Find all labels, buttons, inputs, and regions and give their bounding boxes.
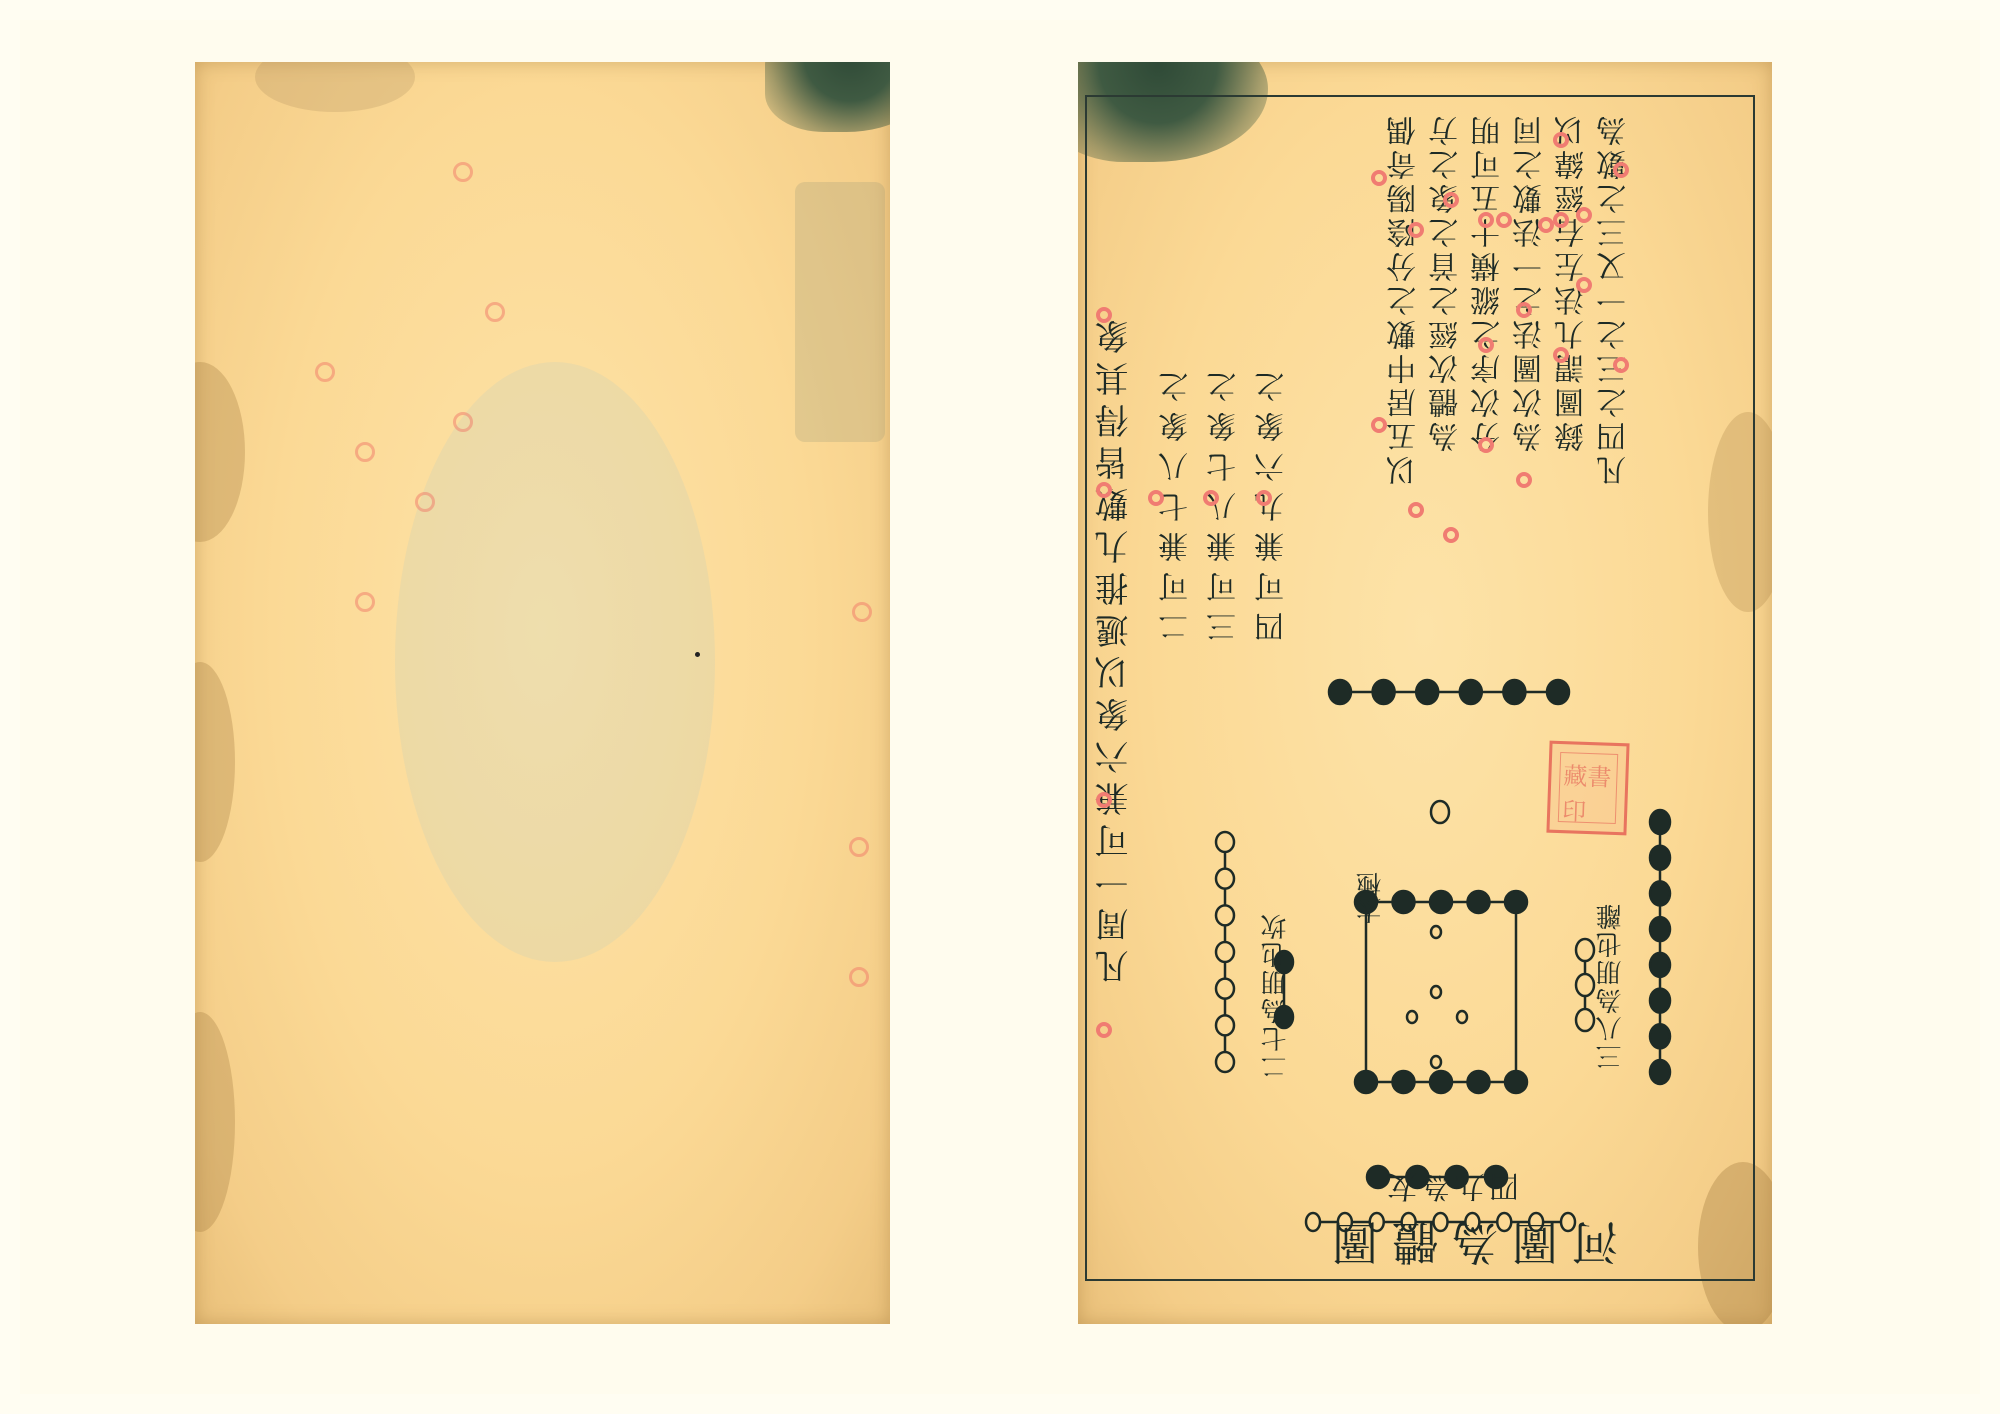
li-label: 三八為朋也離 bbox=[1598, 902, 1624, 1070]
bleed-through-mark bbox=[453, 412, 473, 432]
bleed-through-mark bbox=[315, 362, 335, 382]
left-page bbox=[195, 62, 890, 1324]
he-tu-diagram bbox=[1078, 62, 1772, 1324]
kan-label: 二七為朋也坎 bbox=[1263, 912, 1289, 1080]
faded-area bbox=[395, 362, 715, 962]
bleed-through-mark bbox=[355, 592, 375, 612]
bleed-through-mark bbox=[485, 302, 505, 322]
edge-stain bbox=[195, 662, 235, 862]
bleed-through-mark bbox=[415, 492, 435, 512]
collector-seal: 藏書印 bbox=[1546, 741, 1629, 836]
bleed-through-mark bbox=[852, 602, 872, 622]
bottom-row-label: 四九為友 bbox=[1383, 1167, 1519, 1211]
right-page: 凡四之三之一又三之數為 錄圖謂九法左右經緯以 為次圖法之一法數之同 分次序之縱橫… bbox=[1078, 62, 1772, 1324]
bleed-through-mark bbox=[355, 442, 375, 462]
edge-stain bbox=[795, 182, 885, 442]
bleed-through-mark bbox=[453, 162, 473, 182]
bleed-through-mark bbox=[849, 967, 869, 987]
ink-spot bbox=[695, 652, 700, 657]
page-title: 河圖為體圖 bbox=[1318, 1212, 1618, 1278]
mold-stain bbox=[765, 62, 890, 132]
bleed-through-mark bbox=[849, 837, 869, 857]
water-stain bbox=[255, 62, 415, 112]
center-label: 太極 bbox=[1358, 872, 1384, 924]
seal-text: 藏書印 bbox=[1562, 756, 1626, 828]
edge-stain bbox=[195, 1012, 235, 1232]
edge-stain bbox=[195, 362, 245, 542]
